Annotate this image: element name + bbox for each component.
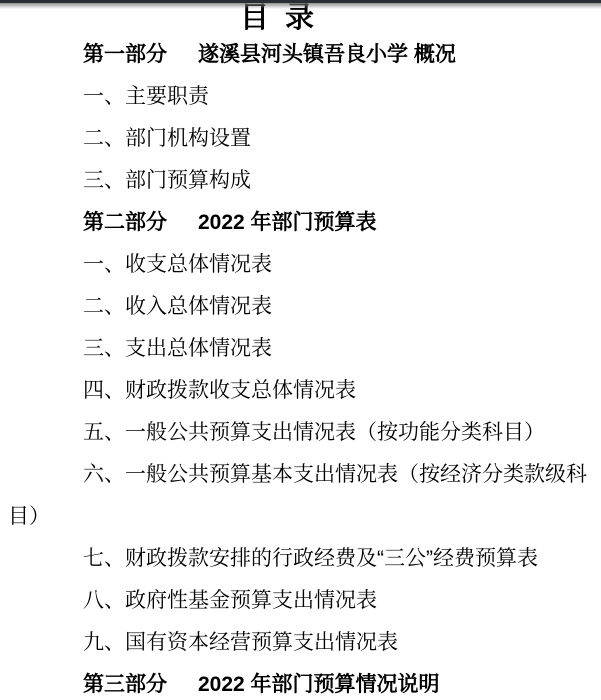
toc-item-2-5: 五、一般公共预算支出情况表（按功能分类科目） bbox=[8, 412, 593, 454]
toc-item-2-6: 六、一般公共预算基本支出情况表（按经济分类款级科目） bbox=[8, 454, 593, 538]
part-3-label: 第三部分 bbox=[83, 673, 167, 696]
document-page: 目 录 第一部分遂溪县河头镇吾良小学 概况 一、主要职责 二、部门机构设置 三、… bbox=[0, 0, 601, 700]
part-3-heading: 第三部分2022 年部门预算情况说明 bbox=[8, 664, 593, 700]
toc-item-2-3: 三、支出总体情况表 bbox=[8, 328, 593, 370]
toc-item-2-1: 一、收支总体情况表 bbox=[8, 244, 593, 286]
toc-item-1-1: 一、主要职责 bbox=[8, 76, 593, 118]
part-2-heading: 第二部分2022 年部门预算表 bbox=[8, 202, 593, 244]
part-1-label: 第一部分 bbox=[83, 43, 167, 66]
part-2-label: 第二部分 bbox=[83, 211, 167, 234]
toc-item-1-3: 三、部门预算构成 bbox=[8, 160, 593, 202]
part-1-title: 遂溪县河头镇吾良小学 概况 bbox=[198, 43, 456, 66]
toc-item-2-7: 七、财政拨款安排的行政经费及“三公”经费预算表 bbox=[8, 538, 593, 580]
toc-item-2-9: 九、国有资本经营预算支出情况表 bbox=[8, 622, 593, 664]
part-2-title: 2022 年部门预算表 bbox=[198, 211, 377, 234]
toc-item-2-2: 二、收入总体情况表 bbox=[8, 286, 593, 328]
toc-item-2-4: 四、财政拨款收支总体情况表 bbox=[8, 370, 593, 412]
toc-item-2-8: 八、政府性基金预算支出情况表 bbox=[8, 580, 593, 622]
part-1-heading: 第一部分遂溪县河头镇吾良小学 概况 bbox=[8, 34, 593, 76]
part-3-title: 2022 年部门预算情况说明 bbox=[198, 673, 440, 696]
toc-item-1-2: 二、部门机构设置 bbox=[8, 118, 593, 160]
viewer-top-edge bbox=[0, 0, 601, 3]
viewer-top-shadow bbox=[0, 3, 601, 9]
